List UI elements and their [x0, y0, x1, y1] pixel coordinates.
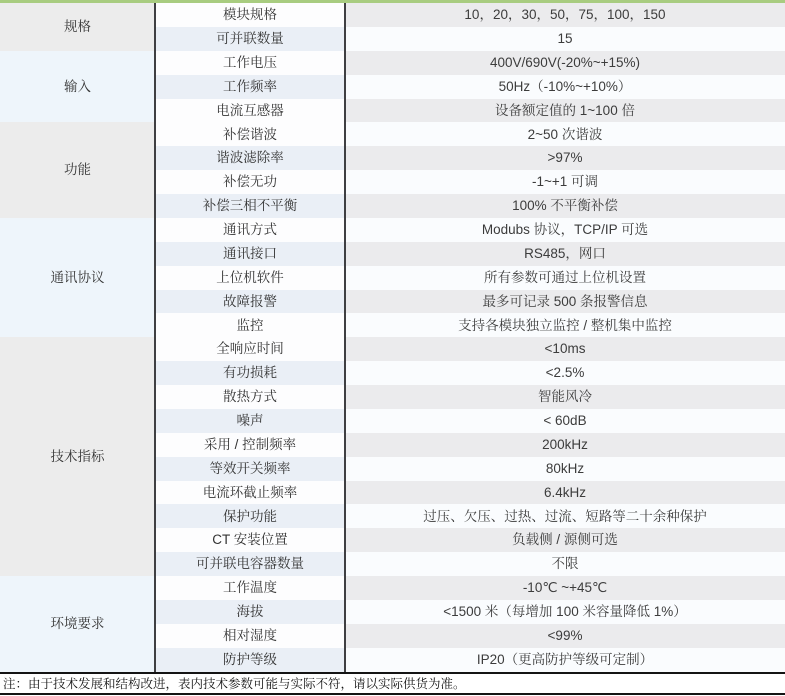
param-cell: 噪声 [155, 409, 345, 433]
param-cell: 可并联数量 [155, 27, 345, 51]
value-cell: 200kHz [345, 433, 785, 457]
value-cell: <99% [345, 624, 785, 648]
value-cell: -1~+1 可调 [345, 170, 785, 194]
value-cell: 过压、欠压、过热、过流、短路等二十余种保护 [345, 504, 785, 528]
param-cell: 监控 [155, 313, 345, 337]
value-cell: 智能风冷 [345, 385, 785, 409]
param-cell: 全响应时间 [155, 337, 345, 361]
param-cell: 故障报警 [155, 290, 345, 314]
bottom-rule [0, 693, 785, 695]
category-cell: 环境要求 [0, 576, 155, 672]
param-cell: 电流互感器 [155, 99, 345, 123]
param-cell: 通讯接口 [155, 242, 345, 266]
param-cell: 海拔 [155, 600, 345, 624]
param-cell: 补偿三相不平衡 [155, 194, 345, 218]
category-cell: 功能 [0, 122, 155, 218]
param-cell: 工作频率 [155, 75, 345, 99]
param-cell: 上位机软件 [155, 266, 345, 290]
value-cell: >97% [345, 146, 785, 170]
param-cell: 补偿无功 [155, 170, 345, 194]
param-cell: 补偿谐波 [155, 122, 345, 146]
spec-sheet-page: 规格模块规格10，20，30，50，75，100，150可并联数量15输入工作电… [0, 0, 785, 696]
param-cell: 电流环截止频率 [155, 481, 345, 505]
value-cell: <2.5% [345, 361, 785, 385]
value-cell: 400V/690V(-20%~+15%) [345, 51, 785, 75]
category-cell: 技术指标 [0, 337, 155, 576]
category-cell: 通讯协议 [0, 218, 155, 337]
value-cell: 最多可记录 500 条报警信息 [345, 290, 785, 314]
param-cell: 工作电压 [155, 51, 345, 75]
value-cell: 所有参数可通过上位机设置 [345, 266, 785, 290]
value-cell: <10ms [345, 337, 785, 361]
value-cell: 80kHz [345, 457, 785, 481]
column-divider-right [344, 3, 346, 672]
param-cell: 谐波滤除率 [155, 146, 345, 170]
value-cell: RS485，网口 [345, 242, 785, 266]
param-cell: 等效开关频率 [155, 457, 345, 481]
value-cell: 2~50 次谐波 [345, 122, 785, 146]
value-cell: 负载侧 / 源侧可选 [345, 528, 785, 552]
category-cell: 规格 [0, 3, 155, 51]
param-cell: 通讯方式 [155, 218, 345, 242]
category-cell: 输入 [0, 51, 155, 123]
param-cell: 可并联电容器数量 [155, 552, 345, 576]
value-cell: IP20（更高防护等级可定制） [345, 648, 785, 672]
value-cell: 50Hz（-10%~+10%） [345, 75, 785, 99]
param-cell: 保护功能 [155, 504, 345, 528]
param-cell: 相对湿度 [155, 624, 345, 648]
value-cell: 支持各模块独立监控 / 整机集中监控 [345, 313, 785, 337]
value-cell: 不限 [345, 552, 785, 576]
value-cell: <1500 米（每增加 100 米容量降低 1%） [345, 600, 785, 624]
param-cell: 散热方式 [155, 385, 345, 409]
param-cell: 工作温度 [155, 576, 345, 600]
param-cell: 采用 / 控制频率 [155, 433, 345, 457]
param-cell: CT 安装位置 [155, 528, 345, 552]
value-cell: 10，20，30，50，75，100，150 [345, 3, 785, 27]
param-cell: 模块规格 [155, 3, 345, 27]
value-cell: 100% 不平衡补偿 [345, 194, 785, 218]
value-cell: -10℃ ~+45℃ [345, 576, 785, 600]
value-cell: Modubs 协议，TCP/IP 可选 [345, 218, 785, 242]
footnote: 注：由于技术发展和结构改进，表内技术参数可能与实际不符，请以实际供货为准。 [0, 674, 785, 693]
param-cell: 防护等级 [155, 648, 345, 672]
value-cell: 6.4kHz [345, 481, 785, 505]
column-divider-left [154, 3, 156, 672]
value-cell: 15 [345, 27, 785, 51]
value-cell: < 60dB [345, 409, 785, 433]
spec-table: 规格模块规格10，20，30，50，75，100，150可并联数量15输入工作电… [0, 3, 785, 674]
param-cell: 有功损耗 [155, 361, 345, 385]
value-cell: 设备额定值的 1~100 倍 [345, 99, 785, 123]
